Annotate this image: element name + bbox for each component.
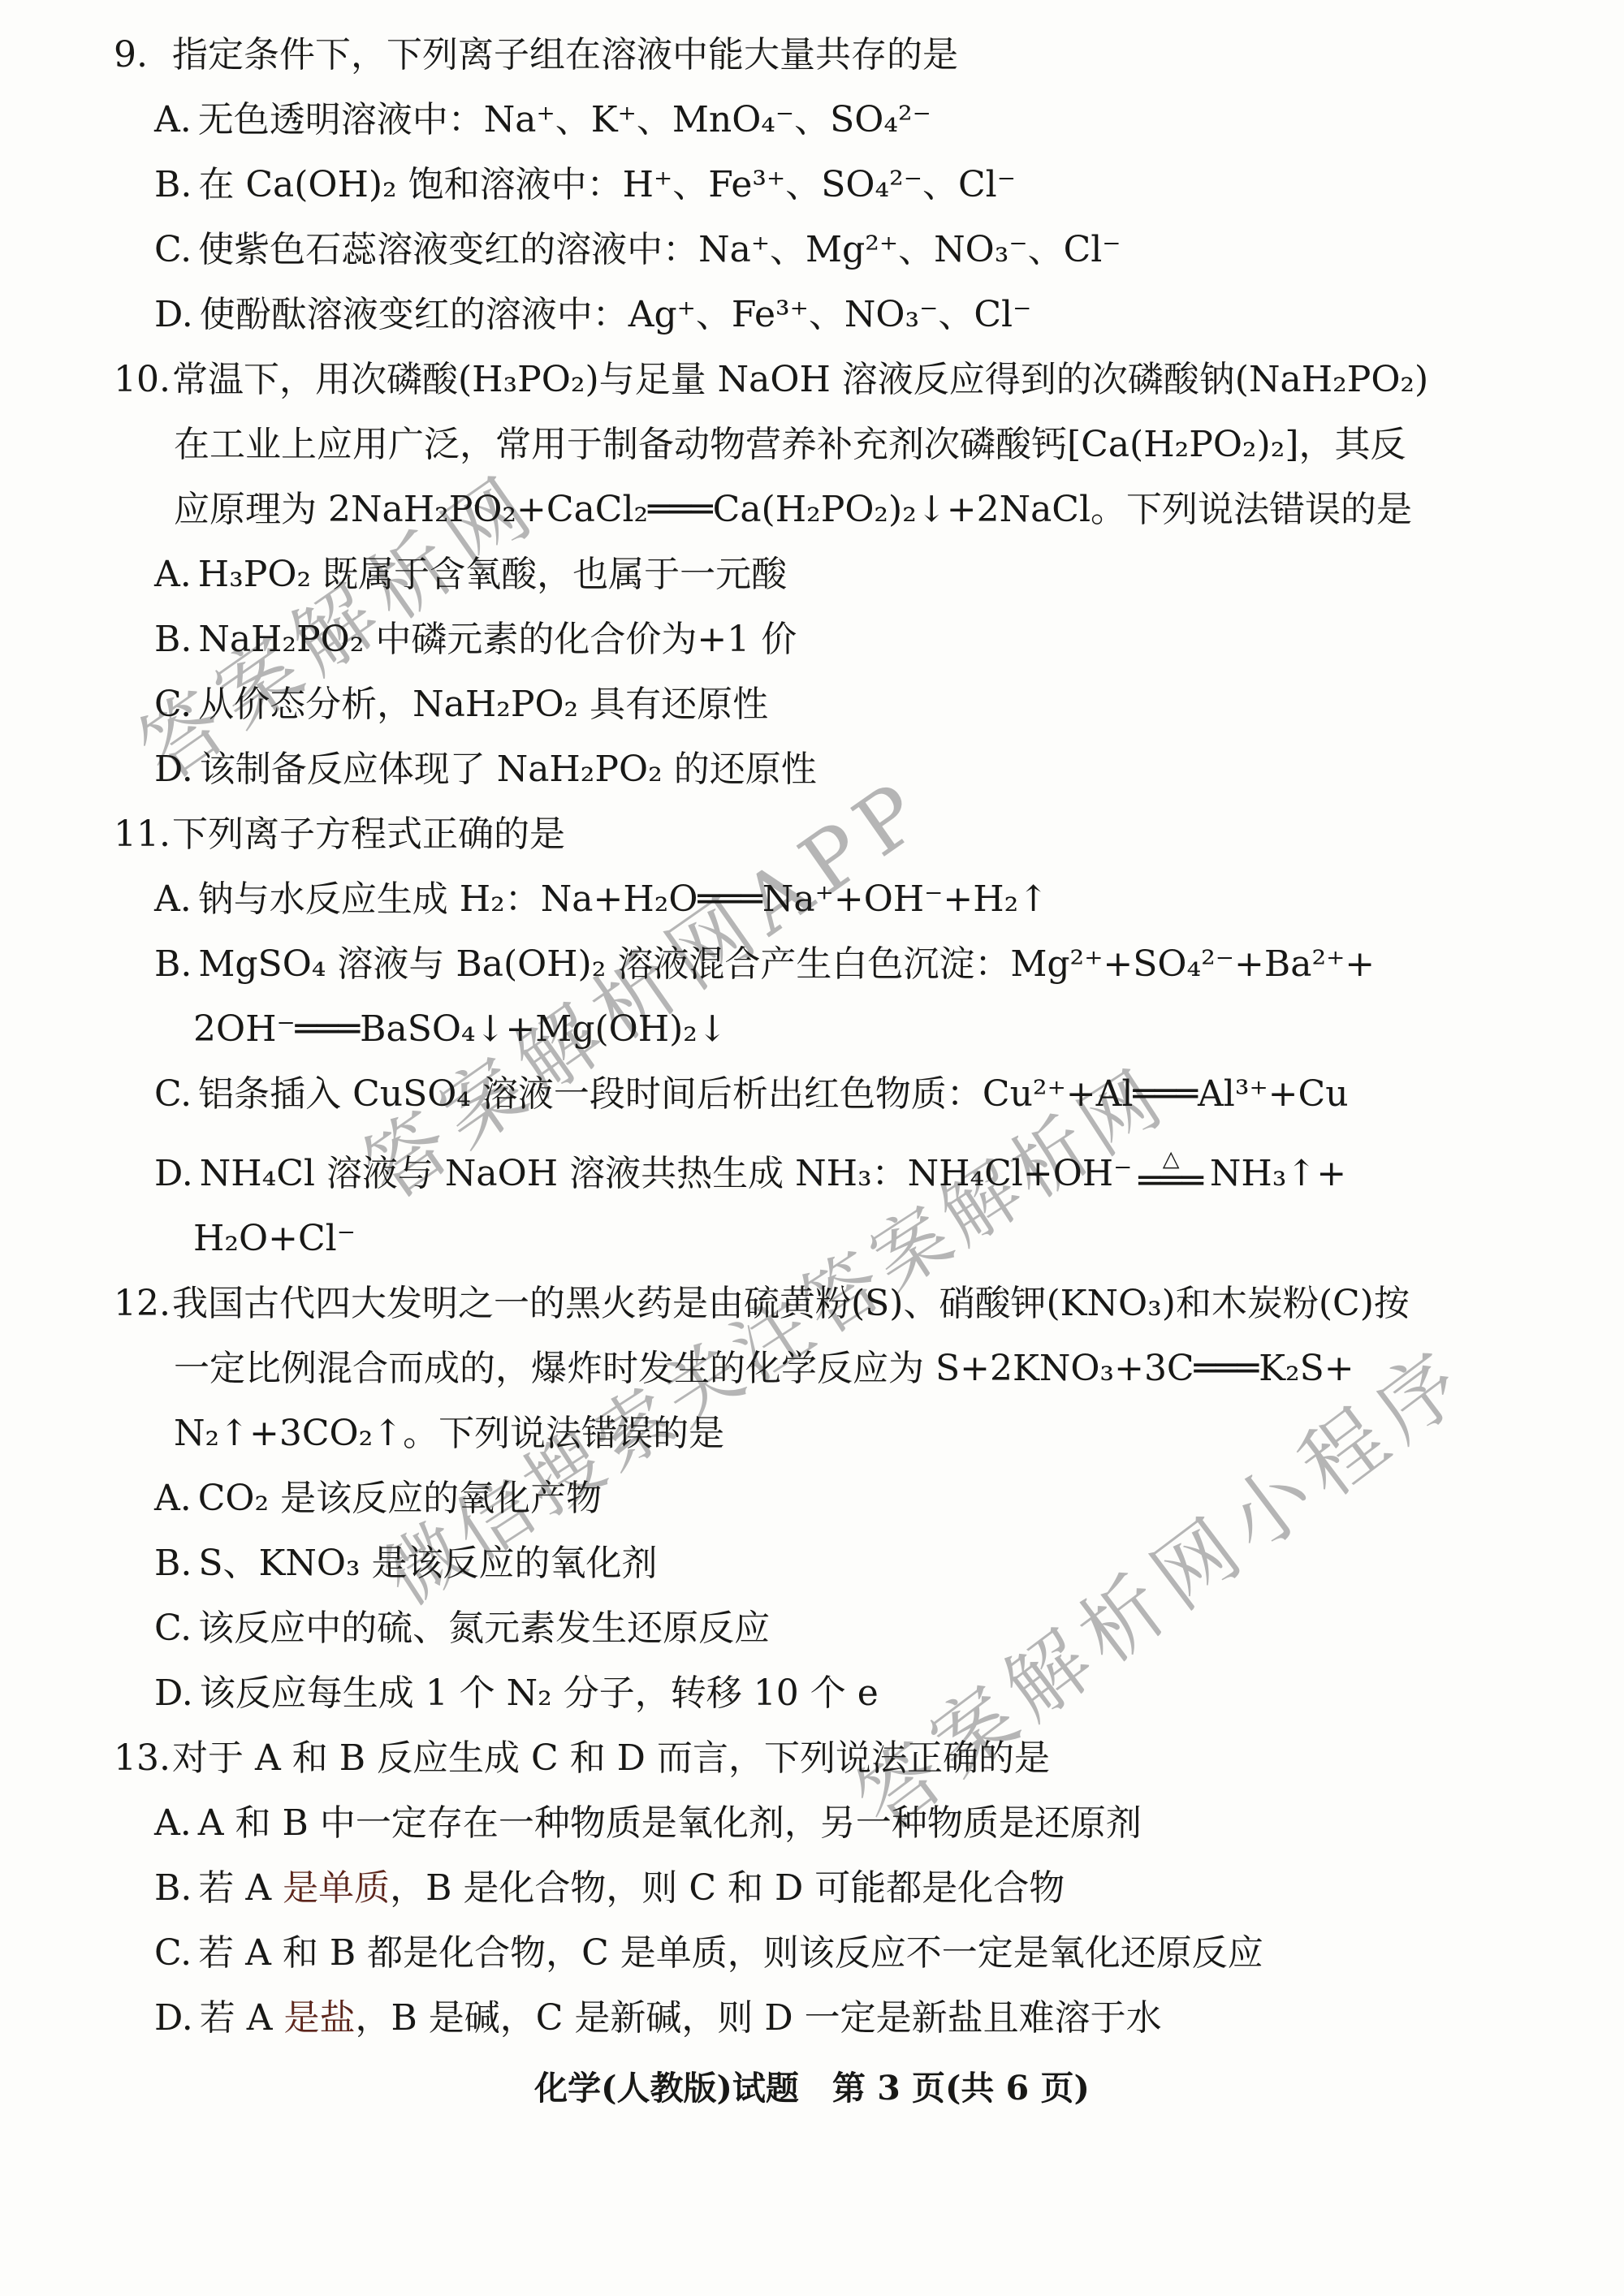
question-12-option-d: D.该反应每生成 1 个 N₂ 分子，转移 10 个 e — [0, 1661, 1624, 1726]
question-12-stem-line-1: 12.我国古代四大发明之一的黑火药是由硫黄粉(S)、硝酸钾(KNO₃)和木炭粉(… — [0, 1271, 1624, 1336]
option-text: CO₂ 是该反应的氧化产物 — [198, 1478, 602, 1519]
question-13-stem: 13.对于 A 和 B 反应生成 C 和 D 而言，下列说法正确的是 — [0, 1726, 1624, 1791]
option-text: 铝条插入 CuSO₄ 溶液一段时间后析出红色物质：Cu²⁺+Al═══Al³⁺+… — [198, 1073, 1348, 1115]
option-text: ，B 是化合物，则 C 和 D 可能都是化合物 — [390, 1867, 1065, 1909]
option-label: D. — [154, 294, 193, 335]
question-9-option-c: C.使紫色石蕊溶液变红的溶液中：Na⁺、Mg²⁺、NO₃⁻、Cl⁻ — [0, 218, 1624, 283]
question-11-option-b-line-1: B.MgSO₄ 溶液与 Ba(OH)₂ 溶液混合产生白色沉淀：Mg²⁺+SO₄²… — [0, 932, 1624, 997]
option-label: B. — [154, 943, 192, 985]
exam-page-scan: 答案解析网 答案解析网APP 微信搜索关注答案解析网 答案解析网小程序 9.指定… — [0, 0, 1624, 2296]
question-12-option-a: A.CO₂ 是该反应的氧化产物 — [0, 1466, 1624, 1531]
question-9-option-b: B.在 Ca(OH)₂ 饱和溶液中：H⁺、Fe³⁺、SO₄²⁻、Cl⁻ — [0, 153, 1624, 218]
option-label: C. — [154, 684, 192, 725]
delta-heated-equals-symbol: △═══ — [1138, 1150, 1203, 1193]
question-10-option-d: D.该制备反应体现了 NaH₂PO₂ 的还原性 — [0, 737, 1624, 802]
question-11-option-b-line-2: 2OH⁻═══BaSO₄↓+Mg(OH)₂↓ — [0, 997, 1624, 1062]
option-label: A. — [154, 99, 192, 140]
question-11-option-a: A.钠与水反应生成 H₂：Na+H₂O═══Na⁺+OH⁻+H₂↑ — [0, 867, 1624, 932]
option-label: B. — [154, 619, 192, 660]
question-9-number: 9. — [114, 23, 172, 88]
question-12-option-c: C.该反应中的硫、氮元素发生还原反应 — [0, 1596, 1624, 1661]
option-text-red-ink: 是单质 — [283, 1867, 390, 1909]
option-label: B. — [154, 164, 192, 205]
question-9-stem-text: 指定条件下，下列离子组在溶液中能大量共存的是 — [172, 34, 958, 76]
option-label: D. — [154, 1153, 193, 1194]
question-13-option-c: C.若 A 和 B 都是化合物，C 是单质，则该反应不一定是氧化还原反应 — [0, 1921, 1624, 1986]
option-label: D. — [154, 749, 193, 790]
question-13-option-d: D.若 A 是盐，B 是碱，C 是新碱，则 D 一定是新盐且难溶于水 — [0, 1986, 1624, 2051]
question-13-option-b: B.若 A 是单质，B 是化合物，则 C 和 D 可能都是化合物 — [0, 1856, 1624, 1921]
option-label: A. — [154, 1802, 192, 1844]
question-12-stem-line-2: 一定比例混合而成的，爆炸时发生的化学反应为 S+2KNO₃+3C═══K₂S+ — [0, 1336, 1624, 1401]
option-text: 该反应每生成 1 个 N₂ 分子，转移 10 个 e — [200, 1672, 879, 1714]
option-label: A. — [154, 878, 192, 920]
question-10-option-c: C.从价态分析，NaH₂PO₂ 具有还原性 — [0, 672, 1624, 737]
question-13-stem-text: 对于 A 和 B 反应生成 C 和 D 而言，下列说法正确的是 — [172, 1737, 1050, 1779]
question-11-number: 11. — [114, 802, 172, 867]
question-11-option-d-line-2: H₂O+Cl⁻ — [0, 1206, 1624, 1271]
question-11-option-c: C.铝条插入 CuSO₄ 溶液一段时间后析出红色物质：Cu²⁺+Al═══Al³… — [0, 1062, 1624, 1127]
question-12-option-b: B.S、KNO₃ 是该反应的氧化剂 — [0, 1531, 1624, 1596]
option-text: 在 Ca(OH)₂ 饱和溶液中：H⁺、Fe³⁺、SO₄²⁻、Cl⁻ — [198, 164, 1016, 205]
question-12-stem-text: 我国古代四大发明之一的黑火药是由硫黄粉(S)、硝酸钾(KNO₃)和木炭粉(C)按 — [172, 1283, 1410, 1324]
option-text: H₃PO₂ 既属于含氧酸，也属于一元酸 — [198, 554, 787, 595]
option-label: B. — [154, 1543, 192, 1584]
question-13-number: 13. — [114, 1726, 172, 1791]
option-text: NH₃↑+ — [1210, 1153, 1346, 1194]
option-text: 使酚酞溶液变红的溶液中：Ag⁺、Fe³⁺、NO₃⁻、Cl⁻ — [200, 294, 1032, 335]
page-footer: 化学(人教版)试题 第 3 页(共 6 页) — [0, 2064, 1624, 2113]
option-text: ，B 是碱，C 是新碱，则 D 一定是新盐且难溶于水 — [355, 1997, 1161, 2039]
question-10-option-b: B.NaH₂PO₂ 中磷元素的化合价为+1 价 — [0, 607, 1624, 672]
option-text: NH₄Cl 溶液与 NaOH 溶液共热生成 NH₃：NH₄Cl+OH⁻ — [200, 1153, 1133, 1194]
question-9-option-a: A.无色透明溶液中：Na⁺、K⁺、MnO₄⁻、SO₄²⁻ — [0, 88, 1624, 153]
double-equals: ═══ — [1138, 1169, 1203, 1193]
question-10-option-a: A.H₃PO₂ 既属于含氧酸，也属于一元酸 — [0, 542, 1624, 607]
question-10-stem-line-1: 10.常温下，用次磷酸(H₃PO₂)与足量 NaOH 溶液反应得到的次磷酸钠(N… — [0, 347, 1624, 412]
question-9-option-d: D.使酚酞溶液变红的溶液中：Ag⁺、Fe³⁺、NO₃⁻、Cl⁻ — [0, 283, 1624, 347]
option-label: C. — [154, 229, 192, 270]
option-label: A. — [154, 554, 192, 595]
option-text: A 和 B 中一定存在一种物质是氧化剂，另一种物质是还原剂 — [198, 1802, 1142, 1844]
option-text: 若 A — [200, 1997, 284, 2039]
option-text-red-ink: 是盐 — [283, 1997, 355, 2039]
option-text: MgSO₄ 溶液与 Ba(OH)₂ 溶液混合产生白色沉淀：Mg²⁺+SO₄²⁻+… — [198, 943, 1375, 985]
question-11-stem-text: 下列离子方程式正确的是 — [172, 814, 565, 855]
option-text: 使紫色石蕊溶液变红的溶液中：Na⁺、Mg²⁺、NO₃⁻、Cl⁻ — [198, 229, 1121, 270]
exam-content: 9.指定条件下，下列离子组在溶液中能大量共存的是 A.无色透明溶液中：Na⁺、K… — [0, 23, 1624, 2113]
question-9-stem: 9.指定条件下，下列离子组在溶液中能大量共存的是 — [0, 23, 1624, 88]
option-text: 该反应中的硫、氮元素发生还原反应 — [198, 1608, 770, 1649]
option-label: B. — [154, 1867, 192, 1909]
question-10-stem-line-2: 在工业上应用广泛，常用于制备动物营养补充剂次磷酸钙[Ca(H₂PO₂)₂]，其反 — [0, 412, 1624, 477]
question-10-number: 10. — [114, 347, 172, 412]
option-text: NaH₂PO₂ 中磷元素的化合价为+1 价 — [198, 619, 797, 660]
question-11-stem: 11.下列离子方程式正确的是 — [0, 802, 1624, 867]
question-13-option-a: A.A 和 B 中一定存在一种物质是氧化剂，另一种物质是还原剂 — [0, 1791, 1624, 1856]
option-text: S、KNO₃ 是该反应的氧化剂 — [198, 1543, 657, 1584]
question-11-option-d-line-1: D.NH₄Cl 溶液与 NaOH 溶液共热生成 NH₃：NH₄Cl+OH⁻△══… — [0, 1142, 1624, 1206]
option-label: C. — [154, 1073, 192, 1115]
option-text: 钠与水反应生成 H₂：Na+H₂O═══Na⁺+OH⁻+H₂↑ — [198, 878, 1048, 920]
question-10-stem-text: 常温下，用次磷酸(H₃PO₂)与足量 NaOH 溶液反应得到的次磷酸钠(NaH₂… — [172, 359, 1428, 400]
option-label: D. — [154, 1672, 193, 1714]
option-text: 若 A 和 B 都是化合物，C 是单质，则该反应不一定是氧化还原反应 — [198, 1932, 1263, 1974]
question-10-stem-line-3: 应原理为 2NaH₂PO₂+CaCl₂═══Ca(H₂PO₂)₂↓+2NaCl。… — [0, 477, 1624, 542]
option-text: 无色透明溶液中：Na⁺、K⁺、MnO₄⁻、SO₄²⁻ — [198, 99, 931, 140]
question-12-stem-line-3: N₂↑+3CO₂↑。下列说法错误的是 — [0, 1401, 1624, 1466]
option-text: 若 A — [198, 1867, 283, 1909]
question-12-number: 12. — [114, 1271, 172, 1336]
option-label: C. — [154, 1608, 192, 1649]
option-text: 该制备反应体现了 NaH₂PO₂ 的还原性 — [200, 749, 817, 790]
option-label: C. — [154, 1932, 192, 1974]
option-label: A. — [154, 1478, 192, 1519]
option-label: D. — [154, 1997, 193, 2039]
option-text: 从价态分析，NaH₂PO₂ 具有还原性 — [198, 684, 768, 725]
